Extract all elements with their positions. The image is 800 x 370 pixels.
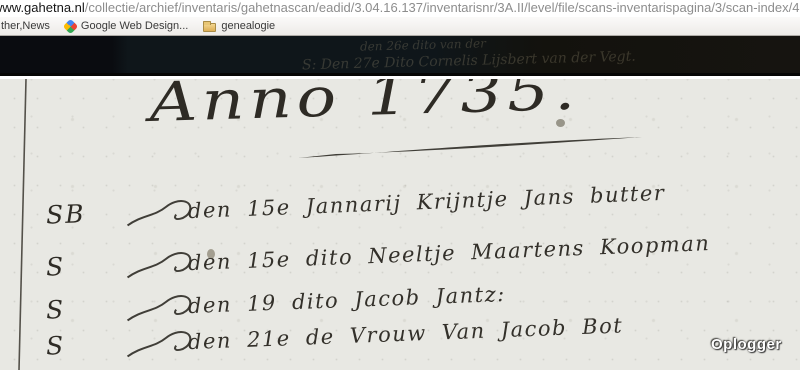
pen-flourish [126,197,197,234]
entry-margin-mark: S [46,295,66,325]
pen-flourish [126,328,197,365]
oplogger-overlay-label: Oplogger [711,336,782,353]
bookmark-label: genealogie [221,20,275,32]
faint-entry-line: S: Den 27e Dito Cornelis Lijsbert van de… [302,49,636,74]
bookmark-label: ther,News [1,20,50,32]
entry-margin-mark: SB [46,199,87,229]
entry-text: den 19 dito Jacob Jantz: [188,282,507,318]
scan-image: den 26e dito van der S: Den 27e Dito Cor… [0,36,800,370]
bookmarks-bar: ther,News Google Web Design... genealogi… [0,17,800,36]
faint-entry-line: den 26e dito van der [360,36,486,53]
url-path: /collectie/archief/inventaris/gahetnasca… [85,0,800,15]
bookmark-google-web-design[interactable]: Google Web Design... [65,20,188,32]
pen-flourish [126,249,197,286]
url-text: www.gahetna.nl/collectie/archief/inventa… [0,0,800,15]
entry-margin-mark: S [46,252,66,282]
manuscript-page: Anno 1735. SB den 15e Jannarij Krijntje … [0,79,800,370]
address-bar[interactable]: www.gahetna.nl/collectie/archief/inventa… [0,0,800,17]
entry-text: den 15e Jannarij Krijntje Jans butter [188,181,666,223]
bookmark-folder-genealogie[interactable]: genealogie [203,20,275,32]
google-icon [63,18,79,34]
scan-dark-edge: den 26e dito van der S: Den 27e Dito Cor… [0,36,800,76]
page-title-anno-1735: Anno 1735. [148,79,581,134]
title-underline-flourish [296,135,646,161]
entry-text: den 15e dito Neeltje Maartens Koopman [188,231,711,275]
bookmark-ther-news[interactable]: ther,News [1,20,50,32]
url-domain: www.gahetna.nl [0,0,85,15]
pen-flourish [126,292,197,329]
browser-window: www.gahetna.nl/collectie/archief/inventa… [0,0,800,370]
folder-icon [203,23,216,32]
entry-margin-mark: S [46,331,66,361]
bookmark-label: Google Web Design... [81,20,188,32]
